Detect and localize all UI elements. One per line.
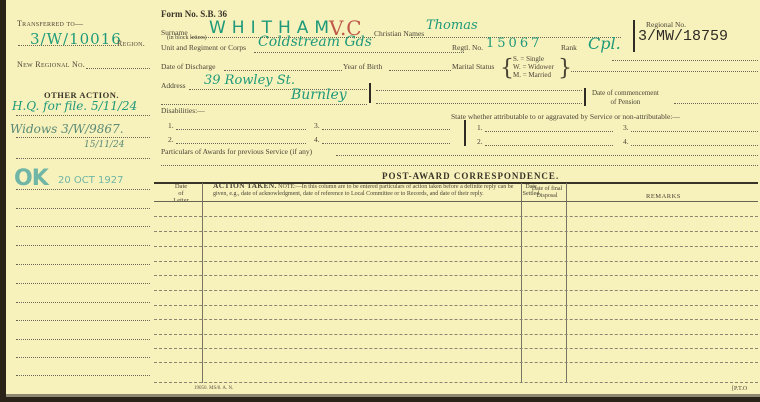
unit-value: Coldstream Gds (258, 34, 372, 50)
other-action-entry-3: 15/11/24 (84, 140, 124, 150)
extra-line-2 (376, 103, 582, 104)
table-row (154, 362, 758, 363)
table-row (154, 290, 758, 291)
address-line-2-rule (161, 104, 367, 105)
attributable-2-label: 2. (477, 137, 483, 146)
table-row (154, 305, 758, 306)
disability-3-line (322, 129, 450, 130)
attributable-3-line (631, 131, 758, 132)
rank-value: Cpl. (588, 34, 621, 53)
ok-stamp: OK (14, 166, 48, 191)
date-of-pension-label-2: of Pension (592, 98, 659, 107)
col-date-final-disposal: Date of final Disposal (528, 186, 566, 200)
other-action-line-12 (16, 339, 150, 340)
other-action-line-14 (16, 375, 150, 376)
col-date-of-letter-1: Date (166, 183, 196, 190)
marital-option-married: M. = Married (513, 71, 554, 79)
other-action-line-5 (16, 208, 150, 209)
table-row (154, 261, 758, 262)
correspondence-title: POST-AWARD CORRESPONDENCE. (382, 171, 559, 181)
unit-label: Unit and Regiment or Corps (161, 43, 246, 52)
other-action-line-4 (16, 189, 150, 190)
other-action-line-3 (16, 158, 150, 159)
pension-record-card: Transferred to— 3/W/10016 Region. New Re… (6, 0, 760, 397)
other-action-entry-1: H.Q. for file. 5/11/24 (12, 99, 137, 113)
regt-no-value: 15067 (486, 36, 542, 51)
date-of-discharge-label: Date of Discharge (161, 62, 215, 71)
col-remarks: REMARKS (646, 193, 681, 200)
marital-status-label: Marital Status (452, 62, 494, 71)
pto-label: [P.T.O (732, 386, 747, 392)
disability-1-line (176, 129, 306, 130)
rank-label: Rank (561, 43, 577, 52)
date-of-discharge-line (224, 70, 342, 71)
unit-line (254, 52, 464, 53)
marital-options: S. = Single W. = Widower M. = Married (513, 55, 554, 79)
other-action-line-6 (16, 226, 150, 227)
awards-label: Particulars of Awards for previous Servi… (161, 147, 312, 156)
col-date-of-letter-2: of (166, 190, 196, 197)
table-row (154, 216, 758, 217)
marital-brace-right: } (558, 56, 572, 81)
attributable-1-label: 1. (477, 123, 483, 132)
address-line-2: Burnley (291, 87, 347, 103)
christian-names-value: Thomas (426, 18, 478, 33)
disability-4-label: 4. (314, 135, 320, 144)
attributable-4-line (631, 145, 758, 146)
attributable-4-label: 4. (623, 137, 629, 146)
footer-print-code: 19050. MS/8. A. N. (194, 386, 233, 391)
regional-no-value: 3/MW/18759 (638, 28, 728, 45)
regt-no-label: Regtl. No. (452, 43, 483, 52)
year-of-birth-label: Year of Birth (343, 62, 382, 71)
other-action-line-2 (16, 137, 150, 138)
other-action-line-13 (16, 357, 150, 358)
other-action-line-9 (16, 283, 150, 284)
col-date-final-disposal-1: Date of final (528, 186, 566, 193)
attributable-2-line (485, 145, 613, 146)
address-label: Address (161, 81, 186, 90)
rank-line (612, 60, 758, 61)
marital-option-widower: W. = Widower (513, 63, 554, 71)
table-row (154, 246, 758, 247)
awards-line (336, 155, 758, 156)
new-regional-no-line (86, 68, 150, 69)
attributable-divider (464, 120, 466, 146)
attributable-label: State whether attributable to or aggrava… (451, 112, 680, 121)
table-row (154, 231, 758, 232)
attributable-1-line (485, 131, 613, 132)
col-action-taken: ACTION TAKEN. NOTE:—In this column are t… (213, 183, 518, 197)
col-date-final-disposal-2: Disposal (528, 193, 566, 200)
pension-divider (584, 88, 586, 106)
header-bottom-rule (154, 201, 758, 202)
disabilities-label: Disabilities:— (161, 106, 205, 115)
table-row (154, 319, 758, 320)
transferred-to-line (18, 45, 116, 46)
awards-line-2 (161, 165, 758, 166)
surname-sublabel: (in block letters) (167, 35, 207, 41)
date-of-pension-label-1: Date of commencement (592, 89, 659, 98)
other-action-line-7 (16, 245, 150, 246)
col-divider-1 (202, 183, 203, 383)
disability-3-label: 3. (314, 121, 320, 130)
address-line-1: 39 Rowley St. (204, 73, 295, 88)
transferred-to-label: Transferred to— (17, 19, 83, 28)
region-label: Region. (117, 39, 145, 48)
regional-no-divider (633, 20, 635, 52)
date-of-pension-line (674, 103, 758, 104)
disability-2-label: 2. (168, 135, 174, 144)
new-regional-no-label: New Regional No. (17, 60, 85, 69)
other-action-line-8 (16, 264, 150, 265)
disability-2-line (176, 143, 306, 144)
marital-brace-left: { (500, 56, 514, 81)
disability-1-label: 1. (168, 121, 174, 130)
col-divider-3 (566, 183, 567, 383)
other-action-entry-2: Widows 3/W/9867. (10, 122, 124, 136)
other-action-line-1 (16, 115, 150, 116)
table-row (154, 334, 758, 335)
year-of-birth-line (389, 70, 451, 71)
address-divider (369, 83, 371, 103)
col-action-taken-title: ACTION TAKEN. (213, 181, 277, 190)
extra-line-1 (376, 90, 582, 91)
other-action-line-11 (16, 320, 150, 321)
disability-4-line (322, 143, 450, 144)
marital-option-single: S. = Single (513, 55, 554, 63)
table-row (154, 348, 758, 349)
table-row (154, 275, 758, 276)
date-of-pension-label: Date of commencement of Pension (592, 89, 659, 107)
marital-line (571, 71, 758, 72)
col-divider-2 (521, 183, 522, 383)
other-action-line-10 (16, 302, 150, 303)
ok-stamp-date: 20 OCT 1927 (58, 175, 124, 186)
table-row (154, 382, 758, 383)
attributable-3-label: 3. (623, 123, 629, 132)
